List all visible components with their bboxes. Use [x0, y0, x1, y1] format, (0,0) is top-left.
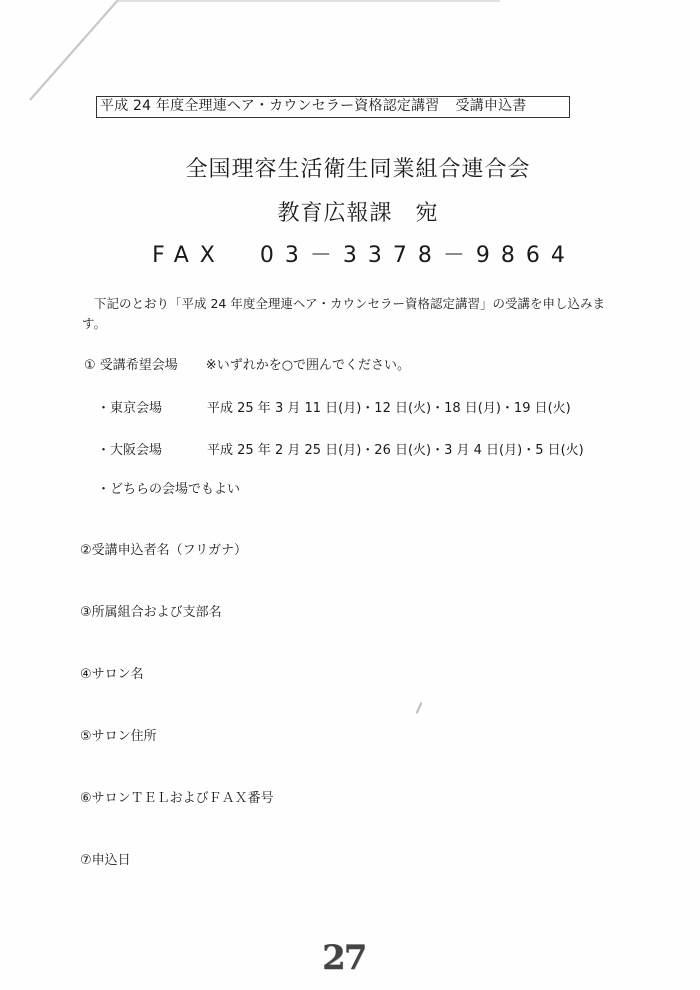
course-title: 平成 24 年度全理連ヘア・カウンセラー資格認定講習 [100, 98, 440, 114]
venue-name: ・どちらの会場でもよい [97, 482, 240, 497]
field-salon-address: ⑤サロン住所 [80, 728, 157, 746]
field-applicant-name: ②受講申込者名（フリガナ） [80, 542, 247, 560]
venue-section-heading: ① 受講希望会場※いずれかを○で囲んでください。 [84, 357, 410, 375]
intro-paragraph: 下記のとおり「平成 24 年度全理連ヘア・カウンセラー資格認定講習」の受講を申し… [82, 294, 612, 334]
venue-option-tokyo[interactable]: ・東京会場平成 25 年 3 月 11 日(月)・12 日(火)・18 日(月)… [97, 400, 571, 418]
venue-note: ※いずれかを○で囲んでください。 [206, 358, 410, 373]
page-number: 27 [322, 938, 365, 978]
field-application-date: ⑦申込日 [80, 852, 131, 870]
field-salon-tel-fax: ⑥サロンＴＥＬおよびＦＡＸ番号 [80, 790, 274, 808]
venue-dates: 平成 25 年 2 月 25 日(月)・26 日(火)・3 月 4 日(月)・5… [207, 443, 584, 458]
field-salon-name: ④サロン名 [80, 666, 144, 684]
fax-label: FAX [152, 243, 226, 268]
recipient-department: 教育広報課 宛 [0, 196, 700, 227]
recipient-fax: FAX03－3378－9864 [0, 238, 700, 269]
venue-label: ① 受講希望会場 [84, 358, 178, 373]
venue-name: ・大阪会場 [97, 442, 207, 460]
form-title-box: 平成 24 年度全理連ヘア・カウンセラー資格認定講習受講申込書 [96, 96, 570, 118]
venue-dates: 平成 25 年 3 月 11 日(月)・12 日(火)・18 日(月)・19 日… [207, 401, 571, 416]
venue-option-osaka[interactable]: ・大阪会場平成 25 年 2 月 25 日(月)・26 日(火)・3 月 4 日… [97, 442, 584, 460]
field-union-branch: ③所属組合および支部名 [80, 604, 222, 622]
fax-number: 03－3378－9864 [260, 243, 576, 268]
scan-artifact-mark [416, 702, 423, 714]
venue-option-either[interactable]: ・どちらの会場でもよい [97, 481, 240, 499]
form-name: 受講申込書 [456, 98, 527, 114]
venue-name: ・東京会場 [97, 400, 207, 418]
document-page: 平成 24 年度全理連ヘア・カウンセラー資格認定講習受講申込書 全国理容生活衛生… [0, 0, 700, 990]
recipient-organization: 全国理容生活衛生同業組合連合会 [0, 152, 700, 183]
